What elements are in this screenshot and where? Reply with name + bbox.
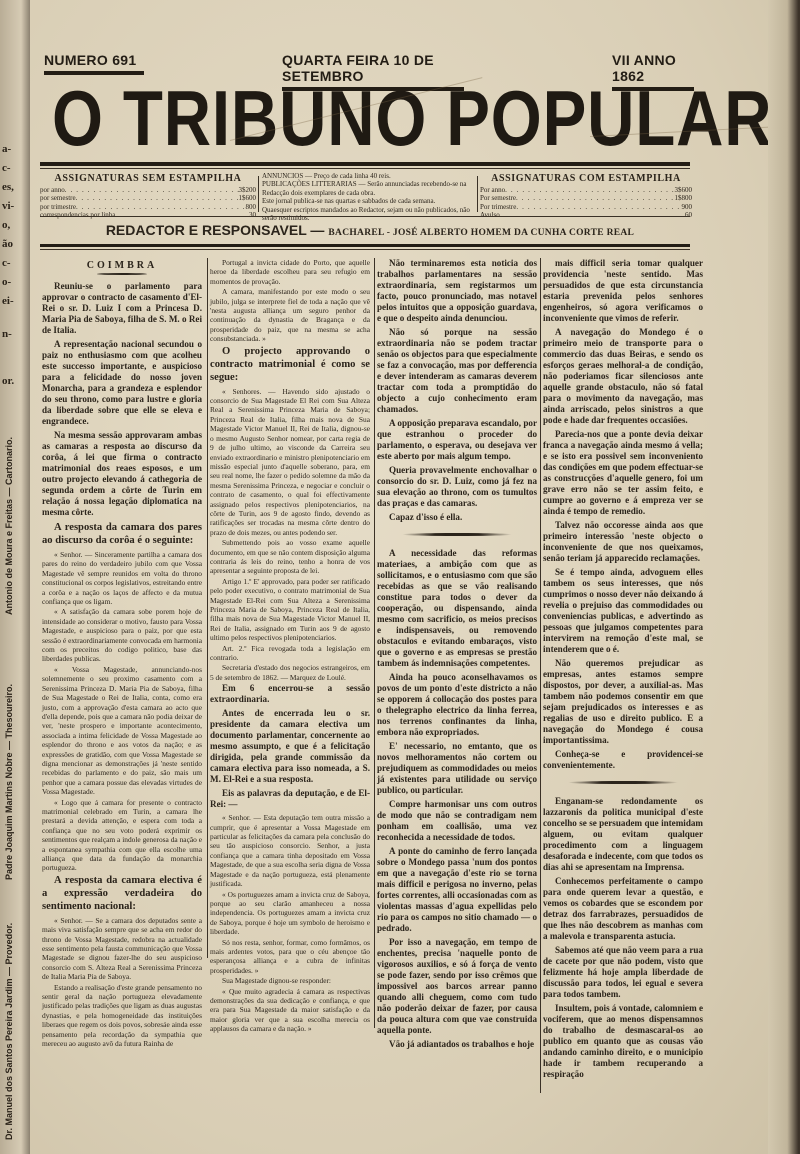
issue-number: NUMERO 691: [44, 52, 144, 75]
article-paragraph: Sabemos até que não veem para a rua de c…: [543, 945, 703, 1000]
price-row: Por semestre............................…: [480, 194, 692, 203]
edge-fragment: a-: [2, 140, 11, 159]
subscriptions-title: ASSIGNATURAS SEM ESTAMPILHA: [40, 175, 256, 184]
article-subhead: A resposta da camara electiva é a expres…: [42, 874, 202, 913]
redactor-label: REDACTOR E RESPONSAVEL —: [106, 222, 325, 238]
quoted-paragraph: Estando a realisação d'este grande pensa…: [42, 983, 202, 1049]
article-subhead: O projecto approvando o contracto matrim…: [210, 345, 370, 384]
column-2: Portugal a invicta cidade do Porto, que …: [210, 258, 370, 1035]
header-bottom-rule-thin: [40, 249, 690, 250]
article-paragraph: Por isso a navegação, em tempo de enchen…: [377, 937, 537, 1036]
article-paragraph: A navegação do Mondego é o primeiro meio…: [543, 327, 703, 426]
price-row: por anno................................…: [40, 186, 256, 195]
ornament-rule: [97, 273, 147, 275]
quoted-paragraph: « A satisfação da camara sobe porem hoje…: [42, 607, 202, 663]
edge-fragment: c-: [2, 159, 11, 178]
quoted-paragraph: « Senhores. — Havendo sido ajustado o co…: [210, 387, 370, 538]
quoted-paragraph: Submettendo pois ao vosso exame aquelle …: [210, 538, 370, 576]
redactor-line: REDACTOR E RESPONSAVEL — BACHAREL - JOSÉ…: [30, 222, 710, 240]
article-paragraph: Não só porque na sessão extraordinaria n…: [377, 327, 537, 415]
price-value: 3$200: [239, 186, 257, 195]
divider: [477, 176, 478, 212]
column-1: COIMBRA Reuniu-se o parlamento para appr…: [42, 258, 202, 1050]
article-paragraph: mais difficil seria tomar qualquer provi…: [543, 258, 703, 324]
edge-fragment: vi-: [2, 197, 14, 216]
column-4: mais difficil seria tomar qualquer provi…: [543, 258, 703, 1083]
announcement-line: Quaesquer escriptos mandados ao Redactor…: [262, 206, 472, 223]
price-value: 1$800: [675, 194, 693, 203]
announcements: ANNUNCIOS — Preço de cada linha 40 reis.…: [262, 172, 472, 222]
page-edge: [768, 0, 800, 1154]
header-bottom-rule: [40, 244, 690, 247]
article-paragraph: Insultem, pois á vontade, calomniem e vo…: [543, 1003, 703, 1080]
column-3: Não terminaremos esta noticia dos trabal…: [377, 258, 537, 1053]
article-paragraph: Vão já adiantados os trabalhos e hoje: [377, 1039, 537, 1050]
article-paragraph: Antes de encerrada leu o sr. presidente …: [210, 708, 370, 785]
article-separator: [402, 533, 512, 536]
article-paragraph: Eis as palavras da deputação, e de El-Re…: [210, 788, 370, 810]
quoted-paragraph: Só nos resta, senhor, formar, como formâ…: [210, 938, 370, 976]
price-row: Por anno................................…: [480, 186, 692, 195]
article-paragraph: Talvez não occoresse ainda aos que prime…: [543, 520, 703, 564]
quoted-paragraph: « Senhor. — Se a camara dos deputados se…: [42, 916, 202, 982]
divider: [258, 176, 259, 212]
price-row: por semestre............................…: [40, 194, 256, 203]
edge-fragment: ão: [2, 235, 13, 254]
price-value: 1$600: [239, 194, 257, 203]
price-value: 800: [246, 203, 257, 212]
subscriptions-title: ASSIGNATURAS COM ESTAMPILHA: [480, 175, 692, 184]
quoted-paragraph: « Senhor. — Sinceramente partilha a cama…: [42, 550, 202, 606]
article-paragraph: Enganam-se redondamente os lazzaronis da…: [543, 796, 703, 873]
masthead-rule: [40, 162, 690, 166]
credit-thesoureiro: Padre Joaquim Martins Nobre — Thesoureir…: [4, 640, 16, 880]
quoted-paragraph: Sua Magestade dignou-se responder:: [210, 976, 370, 985]
price-row: por trimestre...........................…: [40, 203, 256, 212]
article-paragraph: Conhecemos perfeitamente o campo para on…: [543, 876, 703, 942]
article-paragraph: A representação nacional secundou o paiz…: [42, 339, 202, 427]
edge-fragment: c-: [2, 254, 11, 273]
adjacent-page-edge: a- c- es, vi- o, ão c- o- ei- n- or. Ant…: [0, 0, 30, 1154]
announcement-line: PUBLICAÇÕES LITTERARIAS — Serão annuncia…: [262, 180, 472, 197]
redactor-name: BACHAREL - JOSÉ ALBERTO HOMEM DA CUNHA C…: [328, 228, 634, 238]
edge-fragment: ei-: [2, 292, 14, 311]
edge-fragment: or.: [2, 372, 14, 391]
newspaper-title: O TRIBUNO POPULAR: [52, 83, 606, 153]
article-paragraph: Compre harmonisar uns com outros de modo…: [377, 799, 537, 843]
quoted-paragraph: « Senhor. — Esta deputação tem outra mis…: [210, 813, 370, 888]
price-label: Por trimestre: [480, 203, 516, 212]
credit-cartonario: Antonio de Moura e Freitas — Cartonario.: [4, 395, 16, 615]
quoted-paragraph: « Que muito agradecia á camara as respec…: [210, 987, 370, 1034]
price-value: 900: [682, 203, 693, 212]
price-label: Por anno: [480, 186, 505, 195]
quoted-paragraph: Artigo 1.º E' approvado, para poder ser …: [210, 577, 370, 643]
price-label: Por semestre: [480, 194, 516, 203]
subscriptions-with-stamp: ASSIGNATURAS COM ESTAMPILHA Por anno....…: [480, 175, 692, 220]
quoted-paragraph: « Logo que á camara for presente o contr…: [42, 798, 202, 873]
article-paragraph: Conheça-se e providencei-se convenientem…: [543, 749, 703, 771]
article-separator: [568, 781, 678, 784]
quoted-paragraph: A camara, manifestando por este modo o s…: [210, 287, 370, 343]
edge-fragment: es,: [2, 178, 14, 197]
edge-fragment: o,: [2, 216, 10, 235]
price-value: 3$600: [675, 186, 693, 195]
article-paragraph: Não terminaremos esta noticia dos trabal…: [377, 258, 537, 324]
announcement-line: Este jornal publica-se nas quartas e sab…: [262, 197, 472, 205]
rule: [40, 216, 690, 217]
column-rule: [207, 258, 208, 958]
quoted-paragraph: « Os portuguezes amam a invicta cruz de …: [210, 890, 370, 937]
article-paragraph: Capaz d'isso é ella.: [377, 512, 537, 523]
article-paragraph: Não queremos prejudicar as empresas, ant…: [543, 658, 703, 746]
newspaper-page: NUMERO 691 QUARTA FEIRA 10 DE SETEMBRO V…: [30, 0, 792, 1154]
column-rule: [540, 258, 541, 1093]
article-paragraph: Em 6 encerrou-se a sessão extraordinaria…: [210, 683, 370, 705]
article-paragraph: A necessidade das reformas materiaes, a …: [377, 548, 537, 669]
article-paragraph: Queria provavelmente enchovalhar o conso…: [377, 465, 537, 509]
article-paragraph: Parecia-nos que a ponte devia deixar fra…: [543, 429, 703, 517]
credit-provedor: Dr. Manuel dos Santos Pereira Jardim — P…: [4, 880, 16, 1140]
article-subhead: A resposta da camara dos pares ao discur…: [42, 521, 202, 547]
quoted-paragraph: « Vossa Magestade, annunciando-nos solem…: [42, 665, 202, 797]
price-row: Por trimestre...........................…: [480, 203, 692, 212]
quoted-paragraph: Art. 2.º Fica revogada toda a legislação…: [210, 644, 370, 663]
price-label: por trimestre: [40, 203, 76, 212]
article-paragraph: Ainda ha pouco aconselhavamos os povos d…: [377, 672, 537, 738]
price-label: por semestre: [40, 194, 76, 203]
quoted-paragraph: Portugal a invicta cidade do Porto, que …: [210, 258, 370, 286]
article-paragraph: Na mesma sessão approvaram ambas as cama…: [42, 430, 202, 518]
article-paragraph: A opposição preparava escandalo, por que…: [377, 418, 537, 462]
price-label: por anno: [40, 186, 65, 195]
issue-number-text: NUMERO 691: [44, 52, 136, 68]
article-paragraph: A ponte do caminho de ferro lançada sobr…: [377, 846, 537, 934]
edge-fragment: n-: [2, 325, 12, 344]
section-heading: COIMBRA: [42, 260, 202, 271]
article-paragraph: Reuniu-se o parlamento para approvar o c…: [42, 281, 202, 336]
announcement-line: ANNUNCIOS — Preço de cada linha 40 reis.: [262, 172, 472, 180]
column-rule: [374, 258, 375, 1028]
article-paragraph: Se é tempo ainda, advoguem elles tambem …: [543, 567, 703, 655]
quoted-paragraph: Secretaria d'estado dos negocios estrang…: [210, 663, 370, 682]
edge-fragment: o-: [2, 273, 11, 292]
masthead-rule-thin: [40, 168, 690, 169]
subscriptions-without-stamp: ASSIGNATURAS SEM ESTAMPILHA por anno....…: [40, 175, 256, 220]
article-paragraph: E' necessario, no emtanto, que os novos …: [377, 741, 537, 796]
